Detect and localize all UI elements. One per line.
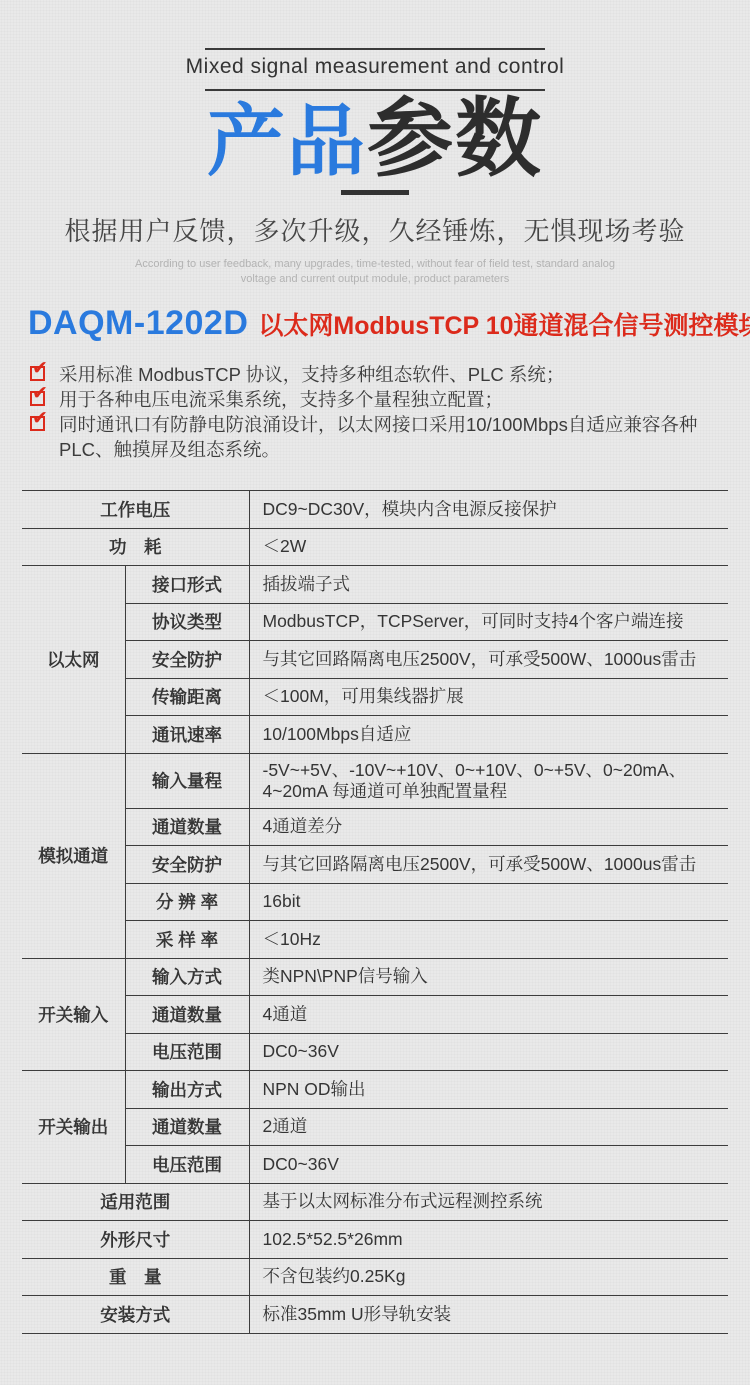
feature-item: ✔ 同时通讯口有防静电防浪涌设计，以太网接口采用10/100Mbps自适应兼容各… [30, 412, 727, 462]
spec-row: 开关输出输出方式NPN OD输出 [22, 1071, 728, 1109]
feature-text: 采用标准 ModbusTCP 协议，支持多种组态软件、PLC 系统； [59, 364, 564, 385]
spec-group-cell: 开关输入 [22, 958, 125, 1071]
spec-sublabel-cell: 通道数量 [125, 996, 249, 1034]
spec-row: 通道数量4通道 [22, 996, 728, 1034]
spec-row: 以太网接口形式插拔端子式 [22, 566, 728, 604]
check-icon: ✔ [30, 366, 45, 381]
spec-value-cell: 102.5*52.5*26mm [249, 1221, 728, 1259]
spec-sublabel-cell: 传输距离 [125, 678, 249, 716]
spec-row: 电压范围DC0~36V [22, 1146, 728, 1184]
spec-sublabel-cell: 输出方式 [125, 1071, 249, 1109]
spec-label-cell: 外形尺寸 [22, 1221, 249, 1259]
spec-row: 分 辨 率16bit [22, 883, 728, 921]
spec-sublabel-cell: 电压范围 [125, 1033, 249, 1071]
spec-table: 工作电压DC9~DC30V，模块内含电源反接保护功 耗＜2W以太网接口形式插拔端… [22, 490, 728, 1334]
spec-value-cell: DC0~36V [249, 1146, 728, 1184]
spec-value-cell: DC0~36V [249, 1033, 728, 1071]
spec-value-cell: ＜100M，可用集线器扩展 [249, 678, 728, 716]
spec-sublabel-cell: 通讯速率 [125, 716, 249, 754]
spec-sublabel-cell: 电压范围 [125, 1146, 249, 1184]
spec-value-cell: 2通道 [249, 1108, 728, 1146]
spec-value-cell: 4通道 [249, 996, 728, 1034]
spec-value-cell: -5V~+5V、-10V~+10V、0~+10V、0~+5V、0~20mA、4~… [249, 753, 728, 808]
spec-row: 协议类型ModbusTCP，TCPServer，可同时支持4个客户端连接 [22, 603, 728, 641]
spec-row: 模拟通道输入量程-5V~+5V、-10V~+10V、0~+10V、0~+5V、0… [22, 753, 728, 808]
spec-row: 通道数量2通道 [22, 1108, 728, 1146]
spec-row: 传输距离＜100M，可用集线器扩展 [22, 678, 728, 716]
feature-item: ✔ 用于各种电压电流采集系统，支持多个量程独立配置； [30, 387, 727, 412]
spec-value-cell: 插拔端子式 [249, 566, 728, 604]
page-title: 产品 参数 [0, 84, 750, 196]
banner-rule-top [205, 48, 545, 50]
feature-text: 同时通讯口有防静电防浪涌设计，以太网接口采用10/100Mbps自适应兼容各种P… [59, 414, 697, 460]
product-heading: DAQM-1202D 以太网ModbusTCP 10通道混合信号测控模块 [28, 304, 728, 343]
subtitle-cn: 根据用户反馈，多次升级，久经锤炼，无惧现场考验 [0, 211, 750, 248]
spec-label-cell: 适用范围 [22, 1183, 249, 1221]
feature-list: ✔ 采用标准 ModbusTCP 协议，支持多种组态软件、PLC 系统； ✔ 用… [30, 362, 727, 462]
spec-label-cell: 安装方式 [22, 1296, 249, 1334]
check-icon: ✔ [30, 391, 45, 406]
spec-row: 功 耗＜2W [22, 528, 728, 566]
spec-group-cell: 开关输出 [22, 1071, 125, 1184]
feature-text: 用于各种电压电流采集系统，支持多个量程独立配置； [59, 389, 503, 410]
page-title-dark-part: 参数 [367, 84, 543, 194]
spec-sublabel-cell: 安全防护 [125, 846, 249, 884]
spec-value-cell: 基于以太网标准分布式远程测控系统 [249, 1183, 728, 1221]
spec-value-cell: 4通道差分 [249, 808, 728, 846]
page-title-blue-part: 产品 [207, 86, 367, 196]
spec-row: 安全防护与其它回路隔离电压2500V，可承受500W、1000us雷击 [22, 641, 728, 679]
spec-value-cell: ＜10Hz [249, 921, 728, 959]
spec-value-cell: 标准35mm U形导轨安装 [249, 1296, 728, 1334]
spec-row: 通道数量4通道差分 [22, 808, 728, 846]
banner-text: Mixed signal measurement and control [0, 55, 750, 79]
product-model: DAQM-1202D [28, 304, 248, 343]
spec-sublabel-cell: 输入方式 [125, 958, 249, 996]
title-underline [341, 190, 409, 195]
spec-label-cell: 重 量 [22, 1258, 249, 1296]
spec-value-cell: ＜2W [249, 528, 728, 566]
spec-table-container: 工作电压DC9~DC30V，模块内含电源反接保护功 耗＜2W以太网接口形式插拔端… [22, 490, 728, 1334]
spec-value-cell: ModbusTCP，TCPServer，可同时支持4个客户端连接 [249, 603, 728, 641]
spec-row: 安全防护与其它回路隔离电压2500V，可承受500W、1000us雷击 [22, 846, 728, 884]
subtitle-en: According to user feedback, many upgrade… [0, 257, 750, 287]
spec-sublabel-cell: 通道数量 [125, 1108, 249, 1146]
spec-sublabel-cell: 安全防护 [125, 641, 249, 679]
spec-row: 重 量不含包装约0.25Kg [22, 1258, 728, 1296]
spec-sublabel-cell: 通道数量 [125, 808, 249, 846]
spec-row: 外形尺寸102.5*52.5*26mm [22, 1221, 728, 1259]
spec-row: 开关输入输入方式类NPN\PNP信号输入 [22, 958, 728, 996]
spec-sublabel-cell: 接口形式 [125, 566, 249, 604]
spec-row: 电压范围DC0~36V [22, 1033, 728, 1071]
spec-value-cell: 类NPN\PNP信号输入 [249, 958, 728, 996]
check-icon: ✔ [30, 416, 45, 431]
spec-row: 工作电压DC9~DC30V，模块内含电源反接保护 [22, 491, 728, 529]
feature-item: ✔ 采用标准 ModbusTCP 协议，支持多种组态软件、PLC 系统； [30, 362, 727, 387]
spec-sublabel-cell: 协议类型 [125, 603, 249, 641]
spec-table-body: 工作电压DC9~DC30V，模块内含电源反接保护功 耗＜2W以太网接口形式插拔端… [22, 491, 728, 1334]
subtitle-en-line1: According to user feedback, many upgrade… [0, 257, 750, 272]
spec-group-cell: 模拟通道 [22, 753, 125, 958]
spec-value-cell: 10/100Mbps自适应 [249, 716, 728, 754]
spec-row: 安装方式标准35mm U形导轨安装 [22, 1296, 728, 1334]
spec-row: 采 样 率＜10Hz [22, 921, 728, 959]
spec-value-cell: 与其它回路隔离电压2500V，可承受500W、1000us雷击 [249, 846, 728, 884]
spec-value-cell: 与其它回路隔离电压2500V，可承受500W、1000us雷击 [249, 641, 728, 679]
spec-value-cell: 16bit [249, 883, 728, 921]
spec-label-cell: 功 耗 [22, 528, 249, 566]
product-parameters-page: Mixed signal measurement and control 产品 … [0, 0, 750, 1385]
spec-row: 通讯速率10/100Mbps自适应 [22, 716, 728, 754]
product-name: 以太网ModbusTCP 10通道混合信号测控模块 [258, 306, 750, 342]
spec-value-cell: DC9~DC30V，模块内含电源反接保护 [249, 491, 728, 529]
spec-sublabel-cell: 采 样 率 [125, 921, 249, 959]
spec-label-cell: 工作电压 [22, 491, 249, 529]
spec-value-cell: 不含包装约0.25Kg [249, 1258, 728, 1296]
spec-row: 适用范围基于以太网标准分布式远程测控系统 [22, 1183, 728, 1221]
spec-value-cell: NPN OD输出 [249, 1071, 728, 1109]
spec-sublabel-cell: 输入量程 [125, 753, 249, 808]
spec-sublabel-cell: 分 辨 率 [125, 883, 249, 921]
spec-group-cell: 以太网 [22, 566, 125, 754]
subtitle-en-line2: voltage and current output module, produ… [0, 272, 750, 287]
